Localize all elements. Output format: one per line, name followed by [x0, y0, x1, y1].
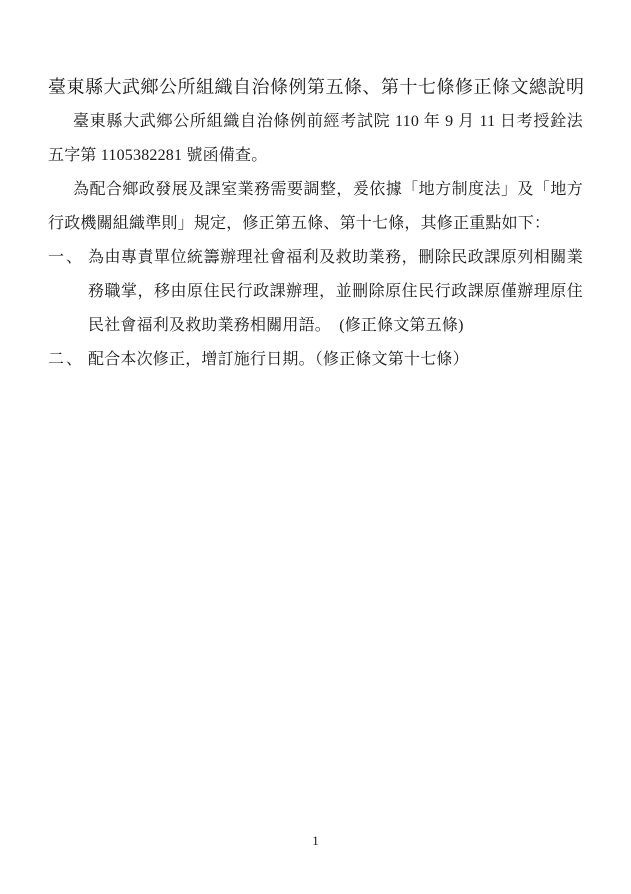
list-item-2: 二、 配合本次修正，增訂施行日期。（修正條文第十七條） — [48, 343, 583, 377]
paragraph-filing-reference: 臺東縣大武鄉公所組織自治條例前經考試院 110 年 9 月 11 日考授銓法五字… — [48, 105, 583, 173]
paragraph-amendment-basis: 為配合鄉政發展及課室業務需要調整，爰依據「地方制度法」及「地方行政機關組織準則」… — [48, 173, 583, 241]
page-number: 1 — [0, 833, 631, 849]
document-page: 臺東縣大武鄉公所組織自治條例第五條、第十七條修正條文總說明 臺東縣大武鄉公所組織… — [0, 0, 631, 894]
document-title: 臺東縣大武鄉公所組織自治條例第五條、第十七條修正條文總說明 — [48, 70, 583, 105]
list-item-2-marker: 二、 — [48, 343, 84, 377]
list-item-1-text: 為由專責單位統籌辦理社會福利及救助業務，刪除民政課原列相關業務職掌，移由原住民行… — [88, 249, 583, 334]
list-item-1-marker: 一、 — [48, 241, 84, 275]
list-item-2-text: 配合本次修正，增訂施行日期。（修正條文第十七條） — [88, 351, 469, 368]
list-item-1: 一、 為由專責單位統籌辦理社會福利及救助業務，刪除民政課原列相關業務職掌，移由原… — [48, 241, 583, 343]
